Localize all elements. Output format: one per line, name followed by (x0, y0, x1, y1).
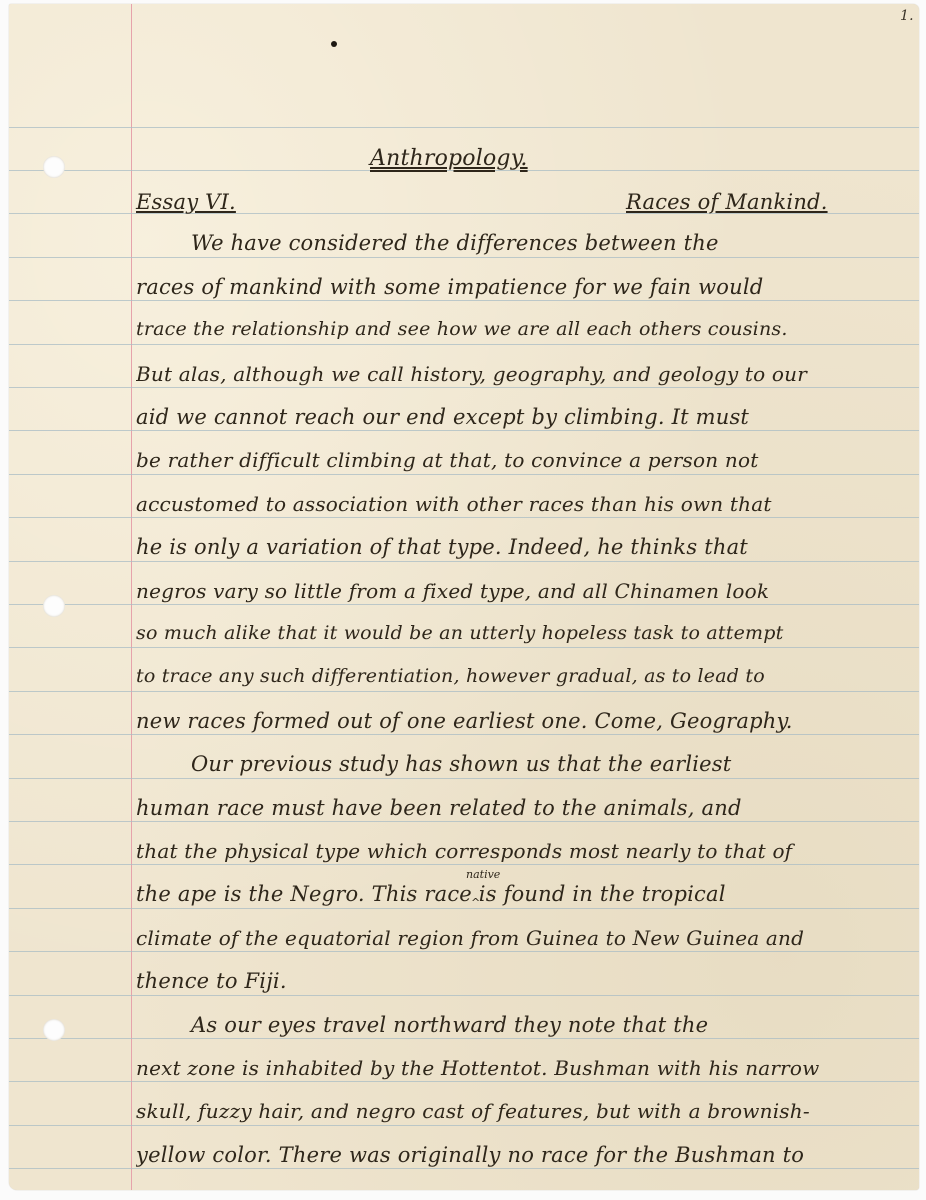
ruled-line (9, 1038, 919, 1039)
ruled-line (9, 734, 919, 735)
ruled-line (9, 691, 919, 692)
ruled-line (9, 1081, 919, 1082)
ink-blot (331, 41, 337, 47)
ruled-line (9, 344, 919, 345)
ruled-line (9, 951, 919, 952)
text-line: to trace any such differentiation, howev… (136, 665, 911, 687)
ruled-line (9, 908, 919, 909)
ruled-line (9, 430, 919, 431)
page-title: Anthropology. (370, 146, 528, 171)
ruled-line (9, 647, 919, 648)
text-line: be rather difficult climbing at that, to… (136, 448, 911, 472)
essay-number: Essay VI. (136, 190, 236, 214)
ruled-line (9, 257, 919, 258)
text-line: climate of the equatorial region from Gu… (136, 926, 911, 950)
essay-subtitle: Races of Mankind. (626, 190, 828, 214)
ruled-line (9, 995, 919, 996)
ruled-line (9, 1125, 919, 1126)
punch-hole-bottom (43, 1019, 65, 1041)
punch-hole-top (43, 156, 65, 178)
text-line: thence to Fiji. (136, 969, 911, 993)
margin-line (131, 4, 132, 1190)
insertion-caret: ^ (471, 896, 480, 909)
ruled-line (9, 864, 919, 865)
ruled-line (9, 474, 919, 475)
text-line: the ape is the Negro. This race is found… (136, 882, 911, 906)
text-line: negros vary so little from a fixed type,… (136, 579, 911, 603)
text-line: new races formed out of one earliest one… (136, 709, 911, 733)
text-line: skull, fuzzy hair, and negro cast of fea… (136, 1099, 911, 1123)
ruled-line (9, 604, 919, 605)
text-line: But alas, although we call history, geog… (136, 362, 911, 386)
ruled-line (9, 821, 919, 822)
text-line: trace the relationship and see how we ar… (136, 318, 911, 340)
text-line: he is only a variation of that type. Ind… (136, 535, 911, 559)
text-line: that the physical type which corresponds… (136, 839, 911, 863)
text-line: We have considered the differences betwe… (136, 231, 911, 255)
inserted-word-annotation: native (466, 868, 500, 881)
ruled-line (9, 1168, 919, 1169)
ruled-line (9, 127, 919, 128)
ruled-line (9, 300, 919, 301)
text-line: Our previous study has shown us that the… (136, 752, 911, 776)
text-line: As our eyes travel northward they note t… (136, 1013, 911, 1037)
text-line: so much alike that it would be an utterl… (136, 622, 911, 644)
ruled-line (9, 517, 919, 518)
text-line: next zone is inhabited by the Hottentot.… (136, 1056, 911, 1080)
text-line: aid we cannot reach our end except by cl… (136, 405, 911, 429)
text-line: accustomed to association with other rac… (136, 492, 911, 516)
ruled-line (9, 387, 919, 388)
text-line: yellow color. There was originally no ra… (136, 1143, 911, 1167)
text-line: races of mankind with some impatience fo… (136, 275, 911, 299)
page-number: 1. (900, 8, 914, 24)
ruled-line (9, 778, 919, 779)
text-line: human race must have been related to the… (136, 796, 911, 820)
ruled-line (9, 561, 919, 562)
punch-hole-middle (43, 595, 65, 617)
